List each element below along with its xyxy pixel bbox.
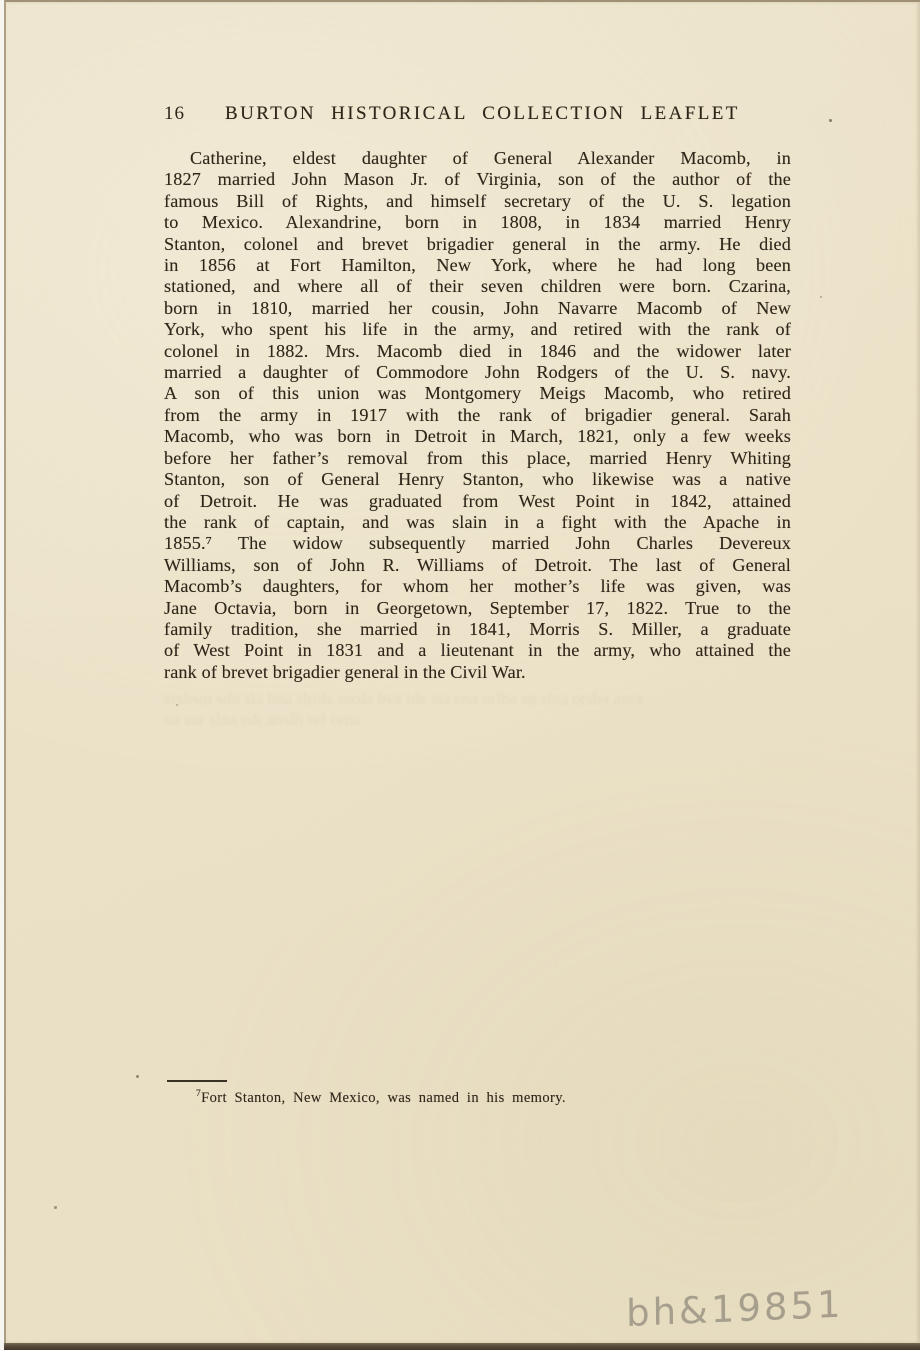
body-line: born in 1810, married her cousin, John N… <box>164 298 791 319</box>
body-line: Jane Octavia, born in Georgetown, Septem… <box>164 598 791 619</box>
dust-speck <box>820 296 822 298</box>
dust-speck <box>136 1075 139 1078</box>
body-line: the rank of captain, and was slain in a … <box>164 512 791 533</box>
dust-speck <box>829 119 832 122</box>
body-line: York, who spent his life in the army, an… <box>164 319 791 340</box>
body-line: rank of brevet brigadier general in the … <box>164 662 791 683</box>
footnote-rule <box>167 1080 227 1082</box>
page-number: 16 <box>164 103 185 124</box>
body-line: Stanton, son of General Henry Stanton, w… <box>164 469 791 490</box>
running-header: 16BURTON HISTORICAL COLLECTION LEAFLET <box>164 103 792 129</box>
reverse-page-show-through: ersbsm sdn sla bna slrols snola bva ide … <box>164 688 791 732</box>
body-line: from the army in 1917 with the rank of b… <box>164 405 791 426</box>
body-line: A son of this union was Montgomery Meigs… <box>164 383 791 404</box>
body-line: of West Point in 1831 and a lieutenant i… <box>164 640 791 661</box>
dust-speck <box>176 704 178 706</box>
body-line: Catherine, eldest daughter of General Al… <box>164 148 791 169</box>
body-line: family tradition, she married in 1841, M… <box>164 619 791 640</box>
body-line: Stanton, colonel and brevet brigadier ge… <box>164 234 791 255</box>
body-line: 1827 married John Mason Jr. of Virginia,… <box>164 169 791 190</box>
body-line: colonel in 1882. Mrs. Macomb died in 184… <box>164 341 791 362</box>
scanned-page: 16BURTON HISTORICAL COLLECTION LEAFLET C… <box>0 0 920 1350</box>
body-line: married a daughter of Commodore John Rod… <box>164 362 791 383</box>
body-paragraph: Catherine, eldest daughter of General Al… <box>164 148 791 683</box>
dust-speck <box>54 1206 57 1209</box>
body-line: before her father’s removal from this pl… <box>164 448 791 469</box>
page-bottom-edge <box>4 1343 920 1350</box>
body-line: of Detroit. He was graduated from West P… <box>164 491 791 512</box>
footnote: 7Fort Stanton, New Mexico, was named in … <box>196 1089 756 1107</box>
body-line: in 1856 at Fort Hamilton, New York, wher… <box>164 255 791 276</box>
body-line: Williams, son of John R. Williams of Det… <box>164 555 791 576</box>
footnote-text: Fort Stanton, New Mexico, was named in h… <box>201 1090 566 1106</box>
body-line: stationed, and where all of their seven … <box>164 276 791 297</box>
body-line: Macomb’s daughters, for whom her mother’… <box>164 576 791 597</box>
body-line: famous Bill of Rights, and himself secre… <box>164 191 791 212</box>
header-title: BURTON HISTORICAL COLLECTION LEAFLET <box>225 103 740 124</box>
body-line: 1855.⁷ The widow subsequently married Jo… <box>164 533 791 554</box>
body-line: to Mexico. Alexandrine, born in 1808, in… <box>164 212 791 233</box>
body-line: Macomb, who was born in Detroit in March… <box>164 426 791 447</box>
